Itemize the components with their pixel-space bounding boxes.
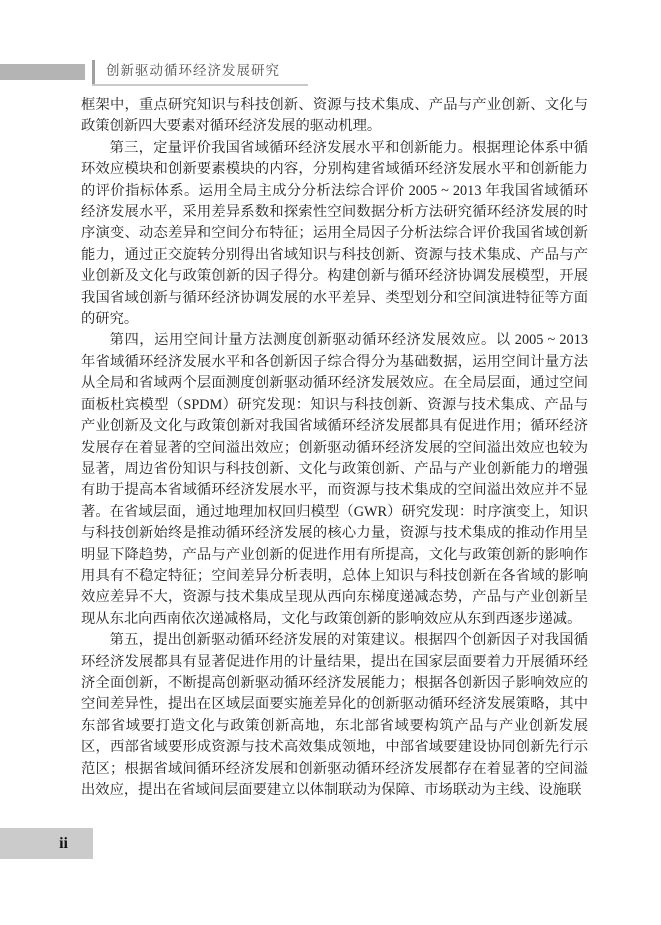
header-vertical-rule (92, 60, 95, 85)
page-number-box: ii (0, 828, 93, 859)
header-underline (92, 84, 308, 86)
book-page: 创新驱动循环经济发展研究 框架中，重点研究知识与科技创新、资源与技术集成、产品与… (0, 0, 661, 925)
paragraph-fifth-point: 第五，提出创新驱动循环经济发展的对策建议。根据四个创新因子对我国循环经济发展都具… (81, 630, 588, 801)
running-head-title: 创新驱动循环经济发展研究 (106, 62, 280, 80)
header-edge-bar (0, 64, 85, 80)
page-number: ii (59, 835, 68, 852)
paragraph-fourth-point: 第四，运用空间计量方法测度创新驱动循环经济发展效应。以 2005 ~ 2013 … (81, 330, 588, 630)
paragraph-continuation: 框架中，重点研究知识与科技创新、资源与技术集成、产品与产业创新、文化与政策创新四… (81, 95, 588, 138)
body-text-block: 框架中，重点研究知识与科技创新、资源与技术集成、产品与产业创新、文化与政策创新四… (81, 95, 588, 801)
paragraph-third-point: 第三，定量评价我国省域循环经济发展水平和创新能力。根据理论体系中循环效应模块和创… (81, 138, 588, 331)
